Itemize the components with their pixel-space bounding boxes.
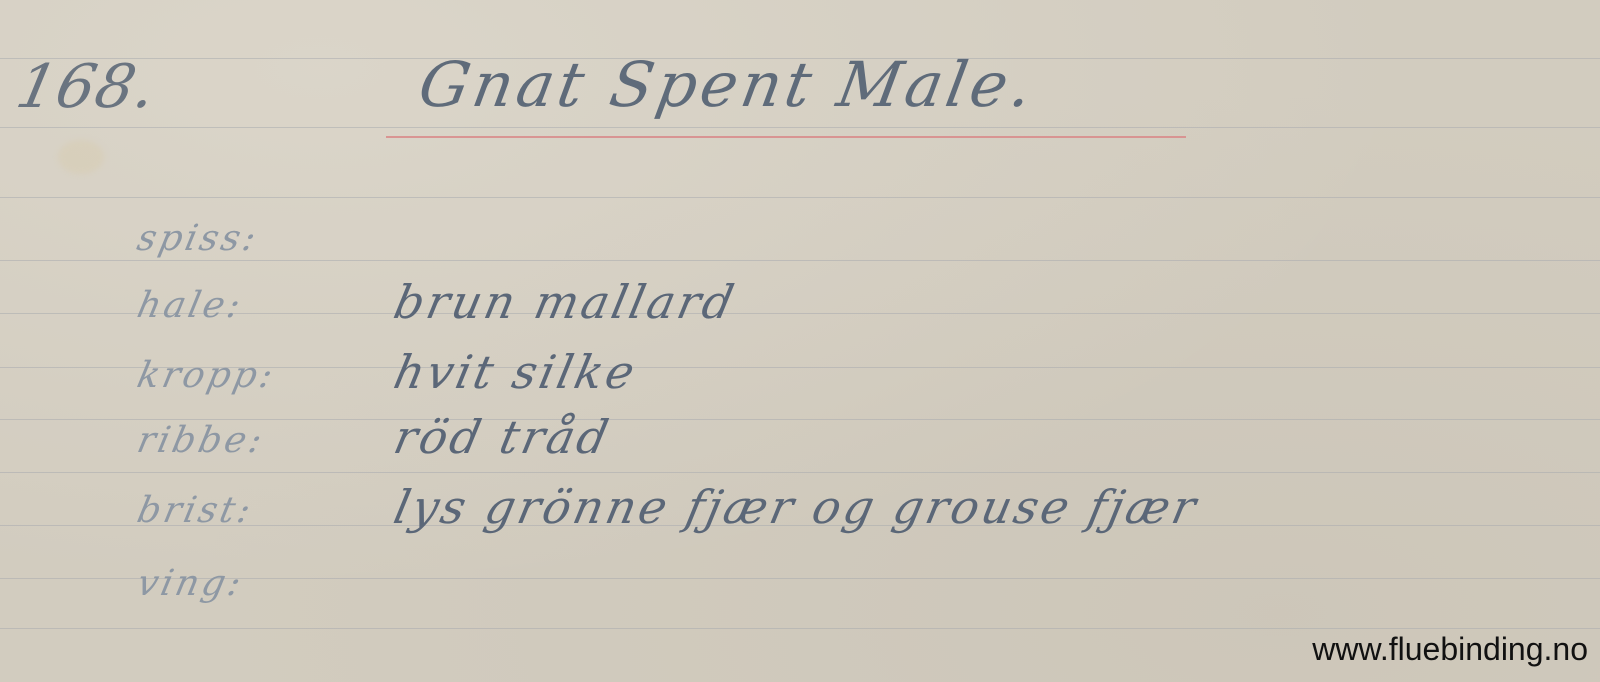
- field-value: röd tråd: [389, 410, 616, 464]
- title-underline: [386, 136, 1186, 138]
- ruled-line: [0, 260, 1600, 261]
- field-label: hale:: [134, 285, 247, 326]
- paper-stain: [58, 140, 104, 174]
- ruled-line: [0, 197, 1600, 198]
- field-label: ving:: [134, 563, 248, 604]
- field-value: brun mallard: [389, 275, 741, 329]
- entry-number: 168.: [11, 52, 163, 122]
- field-label: kropp:: [134, 355, 280, 396]
- field-label: spiss:: [134, 218, 263, 259]
- ruled-line: [0, 628, 1600, 629]
- field-label: brist:: [134, 490, 258, 531]
- page-title: Gnat Spent Male.: [414, 48, 1042, 121]
- field-value: hvit silke: [389, 345, 642, 399]
- field-label: ribbe:: [134, 420, 269, 461]
- notebook-page: 168. Gnat Spent Male. spiss: hale: brun …: [0, 0, 1600, 682]
- watermark-link[interactable]: www.fluebinding.no: [1312, 631, 1588, 668]
- field-value: lys grönne fjær og grouse fjær: [389, 480, 1203, 534]
- ruled-line: [0, 472, 1600, 473]
- ruled-line: [0, 127, 1600, 128]
